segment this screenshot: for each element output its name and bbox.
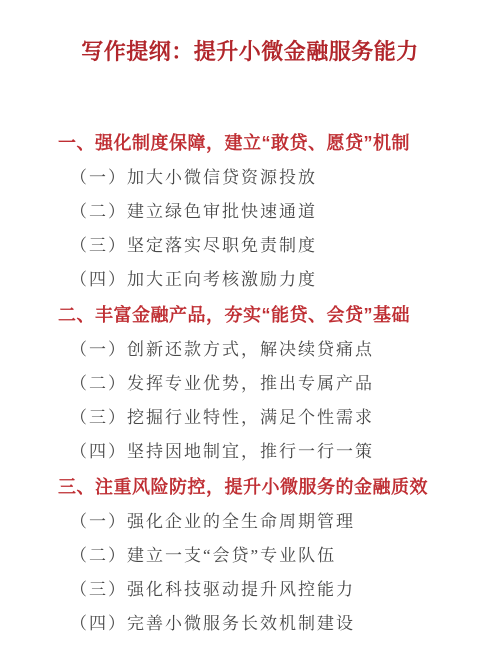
outline-item: （三）强化科技驱动提升风控能力: [70, 580, 500, 600]
outline-section-3: 三、注重风险防控，提升小微服务的金融质效 （一）强化企业的全生命周期管理 （二）…: [0, 476, 500, 634]
section-3-heading: 三、注重风险防控，提升小微服务的金融质效: [58, 476, 500, 499]
outline-item: （四）加大正向考核激励力度: [70, 270, 500, 290]
outline-item: （四）完善小微服务长效机制建设: [70, 614, 500, 634]
page-title: 写作提纲：提升小微金融服务能力: [0, 38, 500, 66]
outline-section-2: 二、丰富金融产品，夯实“能贷、会贷”基础 （一）创新还款方式，解决续贷痛点 （二…: [0, 304, 500, 462]
outline-item: （一）加大小微信贷资源投放: [70, 168, 500, 188]
outline-item: （二）建立一支“会贷”专业队伍: [70, 546, 500, 566]
outline-item: （三）挖掘行业特性，满足个性需求: [70, 408, 500, 428]
section-2-heading: 二、丰富金融产品，夯实“能贷、会贷”基础: [58, 304, 500, 327]
outline-item: （三）坚定落实尽职免责制度: [70, 236, 500, 256]
outline-item: （二）发挥专业优势，推出专属产品: [70, 374, 500, 394]
outline-document: 写作提纲：提升小微金融服务能力 一、强化制度保障，建立“敢贷、愿贷”机制 （一）…: [0, 0, 500, 647]
outline-section-1: 一、强化制度保障，建立“敢贷、愿贷”机制 （一）加大小微信贷资源投放 （二）建立…: [0, 132, 500, 290]
outline-item: （一）强化企业的全生命周期管理: [70, 512, 500, 532]
outline-item: （一）创新还款方式，解决续贷痛点: [70, 340, 500, 360]
outline-item: （二）建立绿色审批快速通道: [70, 202, 500, 222]
outline-item: （四）坚持因地制宜，推行一行一策: [70, 442, 500, 462]
section-1-heading: 一、强化制度保障，建立“敢贷、愿贷”机制: [58, 132, 500, 155]
